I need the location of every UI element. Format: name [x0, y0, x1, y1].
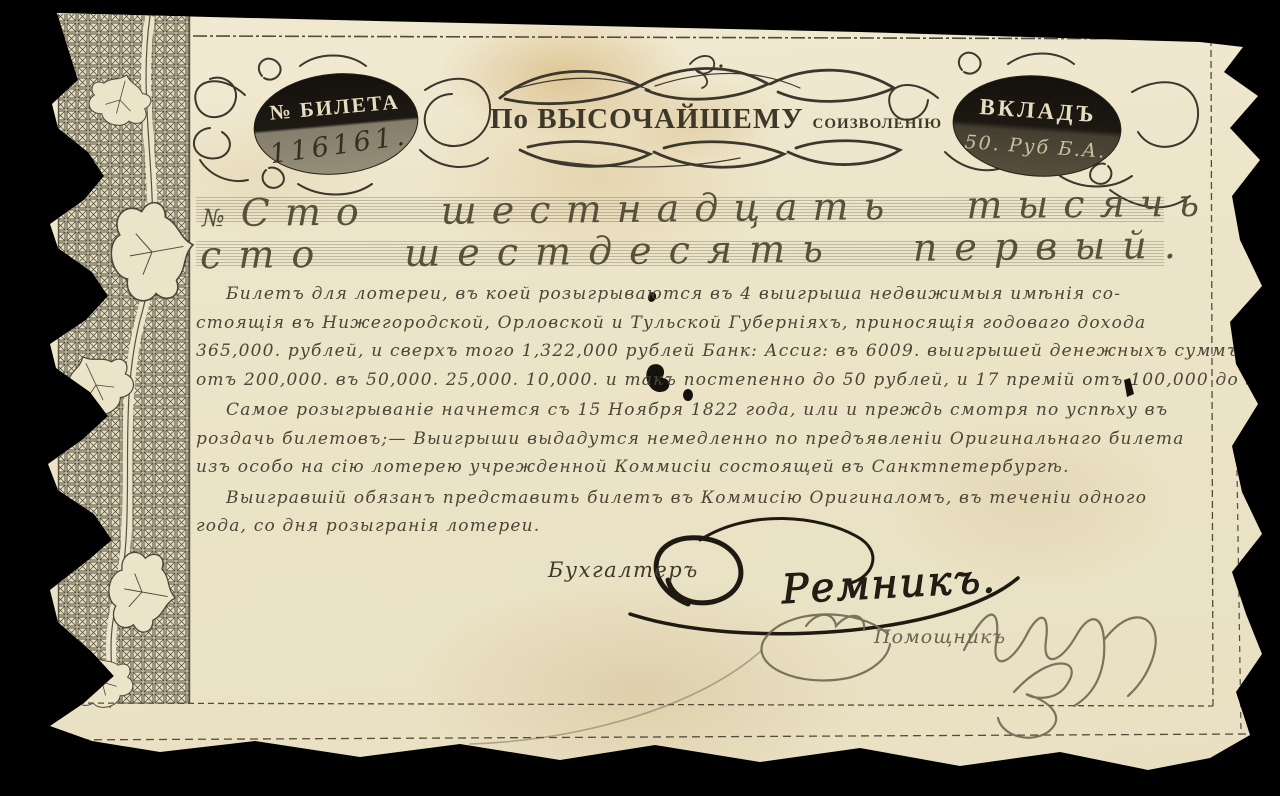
paragraph-line: Самое розыгрываніе начнется съ 15 Ноября… — [196, 400, 1204, 429]
paragraph-line: года, со дня розыгранія лотереи. — [196, 516, 1204, 545]
permission-small-text: соизволенію — [813, 109, 943, 133]
paragraph-line: Билетъ для лотереи, въ коей розыгрываютс… — [196, 284, 1204, 313]
terms-paragraph-1: Билетъ для лотереи, въ коей розыгрываютс… — [196, 284, 1204, 398]
ticket-number-medallion: № БИЛЕТА 116161. — [250, 67, 422, 181]
serial-prefix: № — [202, 204, 227, 232]
document-paper: № БИЛЕТА 116161. ВКЛАДЪ 50. Руб Б.А. — [0, 0, 1280, 796]
permission-main-text: По ВЫСОЧАЙШЕМУ — [490, 103, 804, 135]
paragraph-line: стоящія въ Нижегородской, Орловской и Ту… — [196, 313, 1204, 342]
terms-paragraph-2: Самое розыгрываніе начнется съ 15 Ноября… — [196, 400, 1204, 486]
paragraph-line: отъ 200,000. въ 50,000. 25,000. 10,000. … — [196, 370, 1204, 399]
bookkeeper-label: Бухгалтеръ — [548, 558, 699, 582]
paragraph-line: Выигравшій обязанъ представить билетъ въ… — [196, 488, 1204, 517]
paragraph-line: изъ особо на сію лотерею учрежденной Ком… — [196, 457, 1204, 486]
assistant-label: Помощникъ — [874, 626, 1006, 648]
scan-background: № БИЛЕТА 116161. ВКЛАДЪ 50. Руб Б.А. — [0, 0, 1280, 796]
permission-headline: По ВЫСОЧАЙШЕМУсоизволенію — [490, 103, 942, 136]
paragraph-line: 365,000. рублей, и сверхъ того 1,322,000… — [196, 341, 1204, 370]
paragraph-line: роздачь билетовъ;— Выигрыши выдадутся не… — [196, 429, 1204, 458]
lottery-terms: Билетъ для лотереи, въ коей розыгрываютс… — [196, 284, 1204, 545]
terms-paragraph-3: Выигравшій обязанъ представить билетъ въ… — [196, 488, 1204, 545]
ornament-band — [50, 14, 201, 714]
